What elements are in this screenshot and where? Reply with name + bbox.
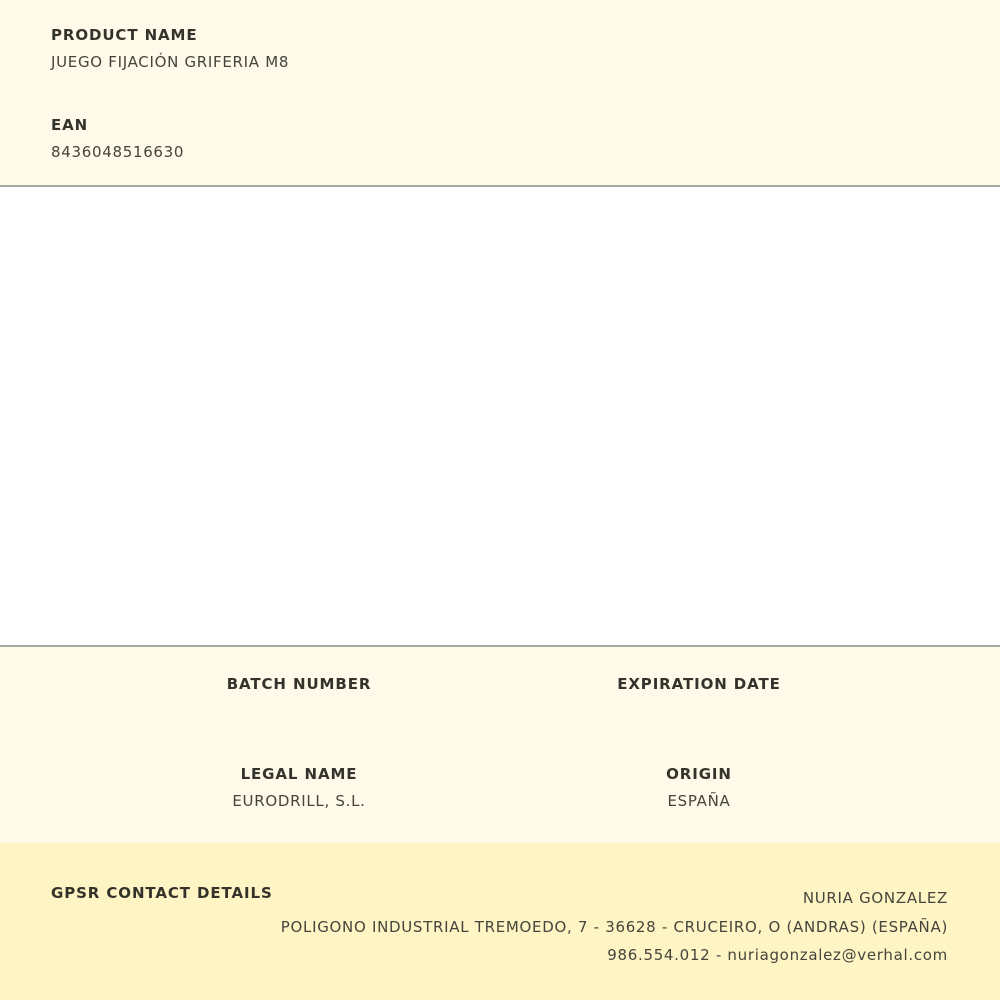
product-name-block: PRODUCT NAME JUEGO FIJACIÓN GRIFERIA M8 [51, 26, 289, 71]
product-header-panel: PRODUCT NAME JUEGO FIJACIÓN GRIFERIA M8 … [0, 0, 1000, 187]
expiration-date-label: EXPIRATION DATE [549, 675, 849, 693]
origin-value: ESPAÑA [549, 792, 849, 810]
ean-block: EAN 8436048516630 [51, 116, 184, 161]
gpsr-contact-address: POLIGONO INDUSTRIAL TREMOEDO, 7 - 36628 … [281, 913, 948, 942]
batch-number-block: BATCH NUMBER [149, 675, 449, 702]
product-name-label: PRODUCT NAME [51, 26, 289, 44]
gpsr-contact-lines: NURIA GONZALEZ POLIGONO INDUSTRIAL TREMO… [281, 884, 948, 970]
ean-label: EAN [51, 116, 184, 134]
legal-name-value: EURODRILL, S.L. [149, 792, 449, 810]
ean-value: 8436048516630 [51, 143, 184, 161]
gpsr-contact-phone-email: 986.554.012 - nuriagonzalez@verhal.com [281, 941, 948, 970]
gpsr-contact-panel: GPSR CONTACT DETAILS NURIA GONZALEZ POLI… [0, 843, 1000, 1000]
batch-number-label: BATCH NUMBER [149, 675, 449, 693]
blank-content-area [0, 187, 1000, 645]
expiration-date-block: EXPIRATION DATE [549, 675, 849, 702]
gpsr-contact-label: GPSR CONTACT DETAILS [51, 884, 273, 902]
legal-name-block: LEGAL NAME EURODRILL, S.L. [149, 765, 449, 810]
gpsr-contact-name: NURIA GONZALEZ [281, 884, 948, 913]
product-details-panel: BATCH NUMBER EXPIRATION DATE LEGAL NAME … [0, 645, 1000, 845]
legal-name-label: LEGAL NAME [149, 765, 449, 783]
origin-block: ORIGIN ESPAÑA [549, 765, 849, 810]
origin-label: ORIGIN [549, 765, 849, 783]
product-name-value: JUEGO FIJACIÓN GRIFERIA M8 [51, 53, 289, 71]
